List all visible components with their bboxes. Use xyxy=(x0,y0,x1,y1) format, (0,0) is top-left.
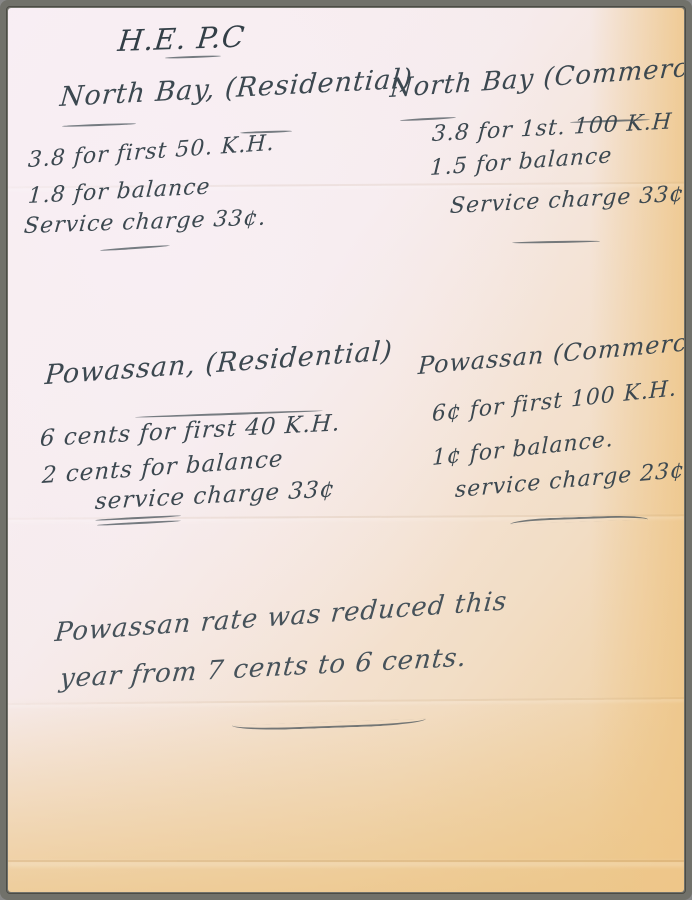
underline-stroke xyxy=(62,123,136,128)
paper-crease xyxy=(8,697,684,705)
footnote-line: year from 7 cents to 6 cents. xyxy=(58,643,468,695)
underline-stroke xyxy=(100,245,170,252)
note-paper: H.E. P.C North Bay, (Residential) 3.8 fo… xyxy=(8,8,684,892)
rate-line: 6 cents for first 40 K.H. xyxy=(39,410,341,452)
rate-line: 6¢ for first 100 K.H. xyxy=(432,376,677,427)
section-heading-north-bay-commercial: North Bay (Commercial) xyxy=(389,50,684,104)
rate-line: Service charge 33¢. xyxy=(23,205,268,239)
rate-line: Service charge 33¢ xyxy=(449,182,684,219)
scanned-note-frame: H.E. P.C North Bay, (Residential) 3.8 fo… xyxy=(0,0,692,900)
document-title: H.E. P.C xyxy=(116,19,247,58)
rate-line: 3.8 for first 50. K.H. xyxy=(27,131,275,173)
rate-line: 1¢ for balance. xyxy=(432,427,614,471)
section-heading-powassan-commercial: Powassan (Commercial) xyxy=(417,325,684,381)
rate-line: 1.8 for balance xyxy=(27,174,211,209)
rate-line: 1.5 for balance xyxy=(429,143,613,181)
double-underline-stroke xyxy=(97,520,181,526)
underline-stroke xyxy=(232,719,426,732)
rate-line: 3.8 for 1st. 100 K.H xyxy=(431,109,673,147)
section-heading-powassan-residential: Powassan, (Residential) xyxy=(44,336,394,392)
paper-crease xyxy=(8,860,684,862)
footnote-line: Powassan rate was reduced this xyxy=(54,586,509,648)
underline-stroke xyxy=(512,240,600,244)
section-heading-north-bay-residential: North Bay, (Residential) xyxy=(59,63,414,113)
